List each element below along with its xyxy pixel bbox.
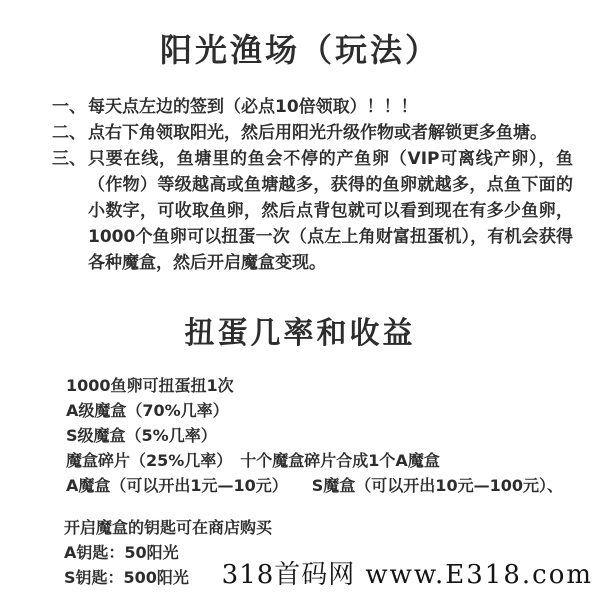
rule-item-3: 三、 只要在线，鱼塘里的鱼会不停的产鱼卵（VIP可离线产卵），鱼（作物）等级越高… [52,146,573,276]
watermark-site-name: 318首码网 [222,560,356,590]
gacha-odds-line-3: S级魔盒（5%几率） [66,423,580,448]
section-title-gacha: 扭蛋几率和收益 [0,316,600,352]
watermark: 318首码网www.E318.com [222,554,593,591]
watermark-url: www.E318.com [365,560,593,590]
gacha-odds-list: 1000鱼卵可扭蛋扭1次 A级魔盒（70%几率） S级魔盒（5%几率） 魔盒碎片… [66,373,580,498]
page-title: 阳光渔场（玩法） [0,0,600,70]
rule-item-2: 二、 点右下角领取阳光，然后用阳光升级作物或者解锁更多鱼塘。 [52,120,573,146]
rule-text-2: 点右下角领取阳光，然后用阳光升级作物或者解锁更多鱼塘。 [88,120,573,146]
rule-marker-2: 二、 [52,120,88,146]
rule-text-3: 只要在线，鱼塘里的鱼会不停的产鱼卵（VIP可离线产卵），鱼（作物）等级越高或鱼塘… [88,146,573,276]
gacha-odds-line-2: A级魔盒（70%几率） [66,398,580,423]
gacha-odds-line-5: A魔盒（可以开出1元—10元） S魔盒（可以开出10元—100元）、 [66,473,580,498]
rule-text-1: 每天点左边的签到（必点10倍领取）！！！ [88,94,573,120]
rule-marker-1: 一、 [52,94,88,120]
rule-item-1: 一、 每天点左边的签到（必点10倍领取）！！！ [52,94,573,120]
flyer-page: 阳光渔场（玩法） 一、 每天点左边的签到（必点10倍领取）！！！ 二、 点右下角… [0,0,600,593]
rule-marker-3: 三、 [52,146,88,276]
gacha-odds-line-1: 1000鱼卵可扭蛋扭1次 [66,373,580,398]
key-prices-line-1: 开启魔盒的钥匙可在商店购买 [64,515,580,540]
rules-list: 一、 每天点左边的签到（必点10倍领取）！！！ 二、 点右下角领取阳光，然后用阳… [52,94,573,276]
gacha-odds-line-4: 魔盒碎片（25%几率） 十个魔盒碎片合成1个A魔盒 [66,448,580,473]
